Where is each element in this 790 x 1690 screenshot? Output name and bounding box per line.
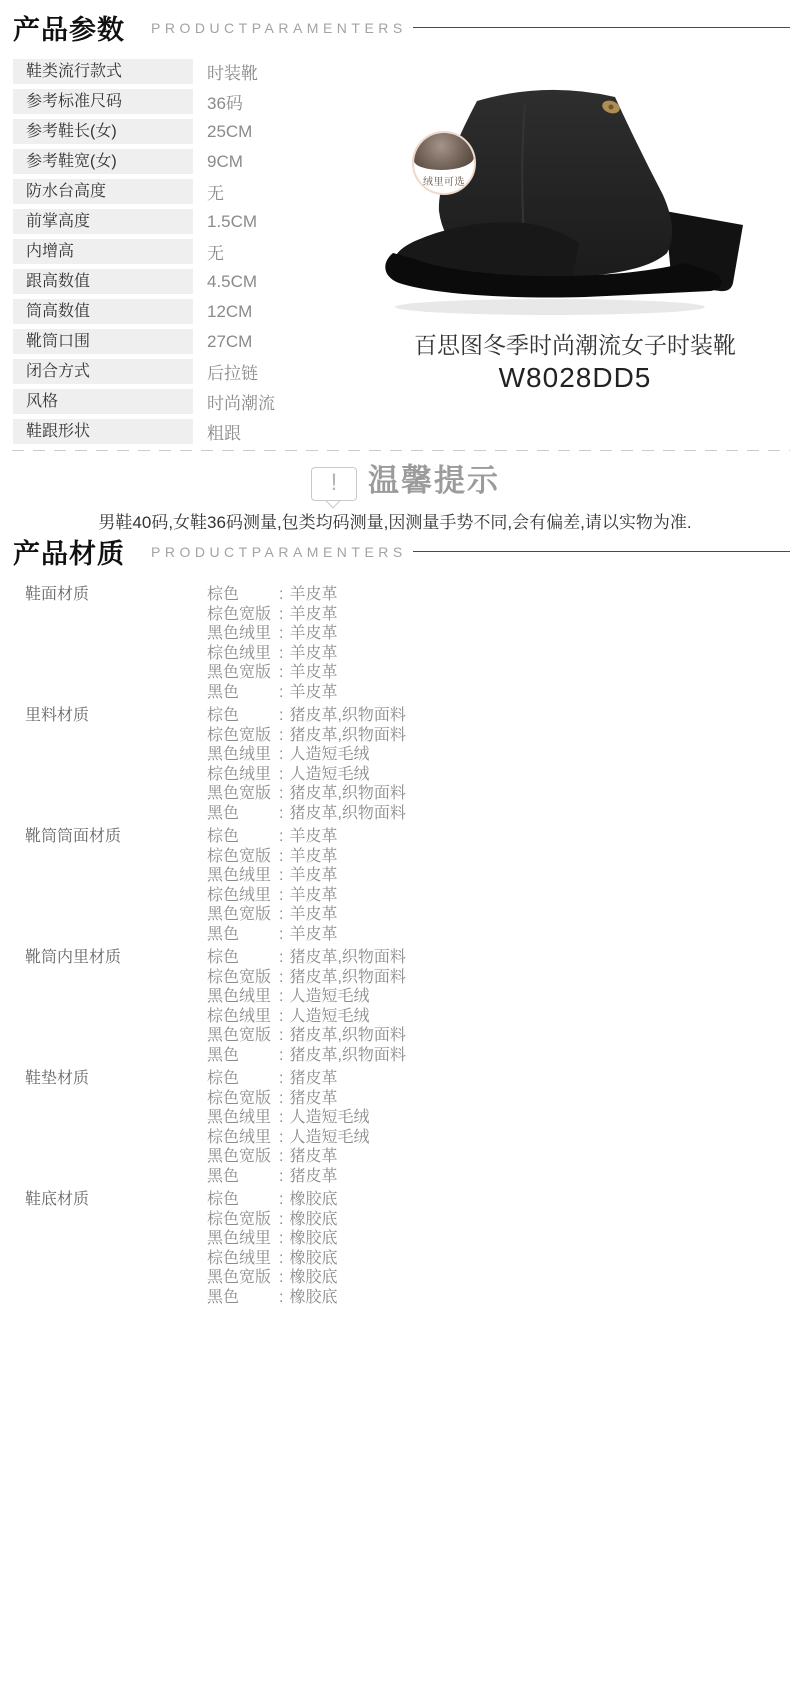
- exclamation-mark: !: [312, 468, 356, 498]
- dashed-divider: [12, 450, 790, 451]
- param-label: 前掌高度: [13, 209, 193, 234]
- material-line: 黑色:猪皮革: [207, 1167, 790, 1187]
- table-row: 前掌高度1.5CM: [13, 209, 275, 234]
- material-line: 黑色宽版:橡胶底: [207, 1268, 790, 1288]
- param-value: 时尚潮流: [207, 389, 275, 414]
- section-header-materials: 产品材质 PRODUCTPARAMENTERS: [13, 532, 790, 571]
- section-title: 产品参数: [13, 8, 125, 47]
- param-label: 防水台高度: [13, 179, 193, 204]
- param-value: 9CM: [207, 152, 243, 172]
- material-label: 靴筒内里材质: [0, 948, 207, 1065]
- material-section: 靴筒内里材质 棕色:猪皮革,织物面料 棕色宽版:猪皮革,织物面料 黑色绒里:人造…: [0, 948, 790, 1065]
- material-line: 棕色绒里:人造短毛绒: [207, 1128, 790, 1148]
- material-line: 棕色:猪皮革: [207, 1069, 790, 1089]
- material-label: 靴筒筒面材质: [0, 827, 207, 944]
- material-line: 棕色:橡胶底: [207, 1190, 790, 1210]
- param-value: 粗跟: [207, 419, 241, 444]
- param-value: 27CM: [207, 332, 252, 352]
- material-line: 棕色绒里:橡胶底: [207, 1249, 790, 1269]
- section-subtitle: PRODUCTPARAMENTERS: [151, 20, 407, 36]
- exclamation-bubble-icon: !: [311, 467, 357, 501]
- table-row: 鞋类流行款式时装靴: [13, 59, 275, 84]
- material-line: 棕色宽版:猪皮革: [207, 1089, 790, 1109]
- parameters-table: 鞋类流行款式时装靴 参考标准尺码36码 参考鞋长(女)25CM 参考鞋宽(女)9…: [13, 59, 275, 449]
- section-subtitle: PRODUCTPARAMENTERS: [151, 544, 407, 560]
- material-line: 棕色宽版:橡胶底: [207, 1210, 790, 1230]
- table-row: 鞋跟形状粗跟: [13, 419, 275, 444]
- material-line: 棕色:猪皮革,织物面料: [207, 948, 790, 968]
- product-title: 百思图冬季时尚潮流女子时装靴: [360, 327, 790, 360]
- material-label: 鞋面材质: [0, 585, 207, 702]
- materials-list: 鞋面材质 棕色:羊皮革 棕色宽版:羊皮革 黑色绒里:羊皮革 棕色绒里:羊皮革 黑…: [0, 585, 790, 1311]
- notice-title: 温馨提示: [368, 455, 500, 500]
- boot-image: [375, 85, 760, 320]
- param-label: 内增高: [13, 239, 193, 264]
- param-value: 36码: [207, 89, 243, 114]
- material-label: 鞋底材质: [0, 1190, 207, 1307]
- material-section: 里料材质 棕色:猪皮革,织物面料 棕色宽版:猪皮革,织物面料 黑色绒里:人造短毛…: [0, 706, 790, 823]
- material-line: 黑色绒里:人造短毛绒: [207, 987, 790, 1007]
- material-line: 棕色宽版:羊皮革: [207, 847, 790, 867]
- material-label: 鞋垫材质: [0, 1069, 207, 1186]
- notice-body: 男鞋40码,女鞋36码测量,包类均码测量,因测量手势不同,会有偏差,请以实物为准…: [0, 508, 790, 533]
- material-label: 里料材质: [0, 706, 207, 823]
- table-row: 参考标准尺码36码: [13, 89, 275, 114]
- param-label: 筒高数值: [13, 299, 193, 324]
- table-row: 风格时尚潮流: [13, 389, 275, 414]
- param-value: 4.5CM: [207, 272, 257, 292]
- material-line: 棕色:猪皮革,织物面料: [207, 706, 790, 726]
- param-label: 参考标准尺码: [13, 89, 193, 114]
- material-line: 棕色宽版:猪皮革,织物面料: [207, 726, 790, 746]
- material-line: 黑色:羊皮革: [207, 683, 790, 703]
- param-value: 后拉链: [207, 359, 258, 384]
- header-rule: [413, 551, 790, 552]
- param-label: 参考鞋宽(女): [13, 149, 193, 174]
- param-label: 鞋类流行款式: [13, 59, 193, 84]
- material-section: 鞋底材质 棕色:橡胶底 棕色宽版:橡胶底 黑色绒里:橡胶底 棕色绒里:橡胶底 黑…: [0, 1190, 790, 1307]
- table-row: 防水台高度无: [13, 179, 275, 204]
- param-value: 12CM: [207, 302, 252, 322]
- material-line: 黑色:羊皮革: [207, 925, 790, 945]
- material-line: 黑色:猪皮革,织物面料: [207, 1046, 790, 1066]
- material-line: 棕色宽版:猪皮革,织物面料: [207, 968, 790, 988]
- boot-illustration: [375, 85, 760, 320]
- param-value: 无: [207, 179, 224, 204]
- material-line: 棕色:羊皮革: [207, 827, 790, 847]
- table-row: 跟高数值4.5CM: [13, 269, 275, 294]
- material-line: 黑色宽版:猪皮革: [207, 1147, 790, 1167]
- table-row: 靴筒口围27CM: [13, 329, 275, 354]
- table-row: 内增高无: [13, 239, 275, 264]
- param-label: 跟高数值: [13, 269, 193, 294]
- material-line: 黑色宽版:猪皮革,织物面料: [207, 784, 790, 804]
- material-line: 棕色绒里:羊皮革: [207, 644, 790, 664]
- param-label: 风格: [13, 389, 193, 414]
- material-line: 黑色宽版:猪皮革,织物面料: [207, 1026, 790, 1046]
- material-section: 鞋面材质 棕色:羊皮革 棕色宽版:羊皮革 黑色绒里:羊皮革 棕色绒里:羊皮革 黑…: [0, 585, 790, 702]
- param-label: 闭合方式: [13, 359, 193, 384]
- section-title: 产品材质: [13, 532, 125, 571]
- param-value: 时装靴: [207, 59, 258, 84]
- product-detail-page: 产品参数 PRODUCTPARAMENTERS 鞋类流行款式时装靴 参考标准尺码…: [0, 0, 790, 1690]
- param-value: 25CM: [207, 122, 252, 142]
- material-line: 棕色绒里:人造短毛绒: [207, 1007, 790, 1027]
- material-line: 棕色宽版:羊皮革: [207, 605, 790, 625]
- fur-lining-badge: 绒里可选: [412, 131, 476, 195]
- table-row: 闭合方式后拉链: [13, 359, 275, 384]
- table-row: 参考鞋宽(女)9CM: [13, 149, 275, 174]
- param-label: 参考鞋长(女): [13, 119, 193, 144]
- param-label: 靴筒口围: [13, 329, 193, 354]
- material-line: 黑色宽版:羊皮革: [207, 905, 790, 925]
- badge-label: 绒里可选: [414, 173, 474, 188]
- material-line: 黑色绒里:橡胶底: [207, 1229, 790, 1249]
- param-value: 无: [207, 239, 224, 264]
- material-line: 黑色:猪皮革,织物面料: [207, 804, 790, 824]
- material-line: 黑色:橡胶底: [207, 1288, 790, 1308]
- material-line: 棕色绒里:人造短毛绒: [207, 765, 790, 785]
- param-label: 鞋跟形状: [13, 419, 193, 444]
- material-line: 黑色绒里:人造短毛绒: [207, 1108, 790, 1128]
- param-value: 1.5CM: [207, 212, 257, 232]
- material-line: 黑色绒里:羊皮革: [207, 624, 790, 644]
- fur-texture-icon: [414, 133, 474, 170]
- table-row: 参考鞋长(女)25CM: [13, 119, 275, 144]
- material-line: 黑色绒里:人造短毛绒: [207, 745, 790, 765]
- material-section: 鞋垫材质 棕色:猪皮革 棕色宽版:猪皮革 黑色绒里:人造短毛绒 棕色绒里:人造短…: [0, 1069, 790, 1186]
- section-header-parameters: 产品参数 PRODUCTPARAMENTERS: [13, 8, 790, 47]
- material-line: 棕色:羊皮革: [207, 585, 790, 605]
- header-rule: [413, 27, 790, 28]
- table-row: 筒高数值12CM: [13, 299, 275, 324]
- material-line: 黑色绒里:羊皮革: [207, 866, 790, 886]
- material-line: 黑色宽版:羊皮革: [207, 663, 790, 683]
- product-model: W8028DD5: [360, 362, 790, 394]
- material-section: 靴筒筒面材质 棕色:羊皮革 棕色宽版:羊皮革 黑色绒里:羊皮革 棕色绒里:羊皮革…: [0, 827, 790, 944]
- material-line: 棕色绒里:羊皮革: [207, 886, 790, 906]
